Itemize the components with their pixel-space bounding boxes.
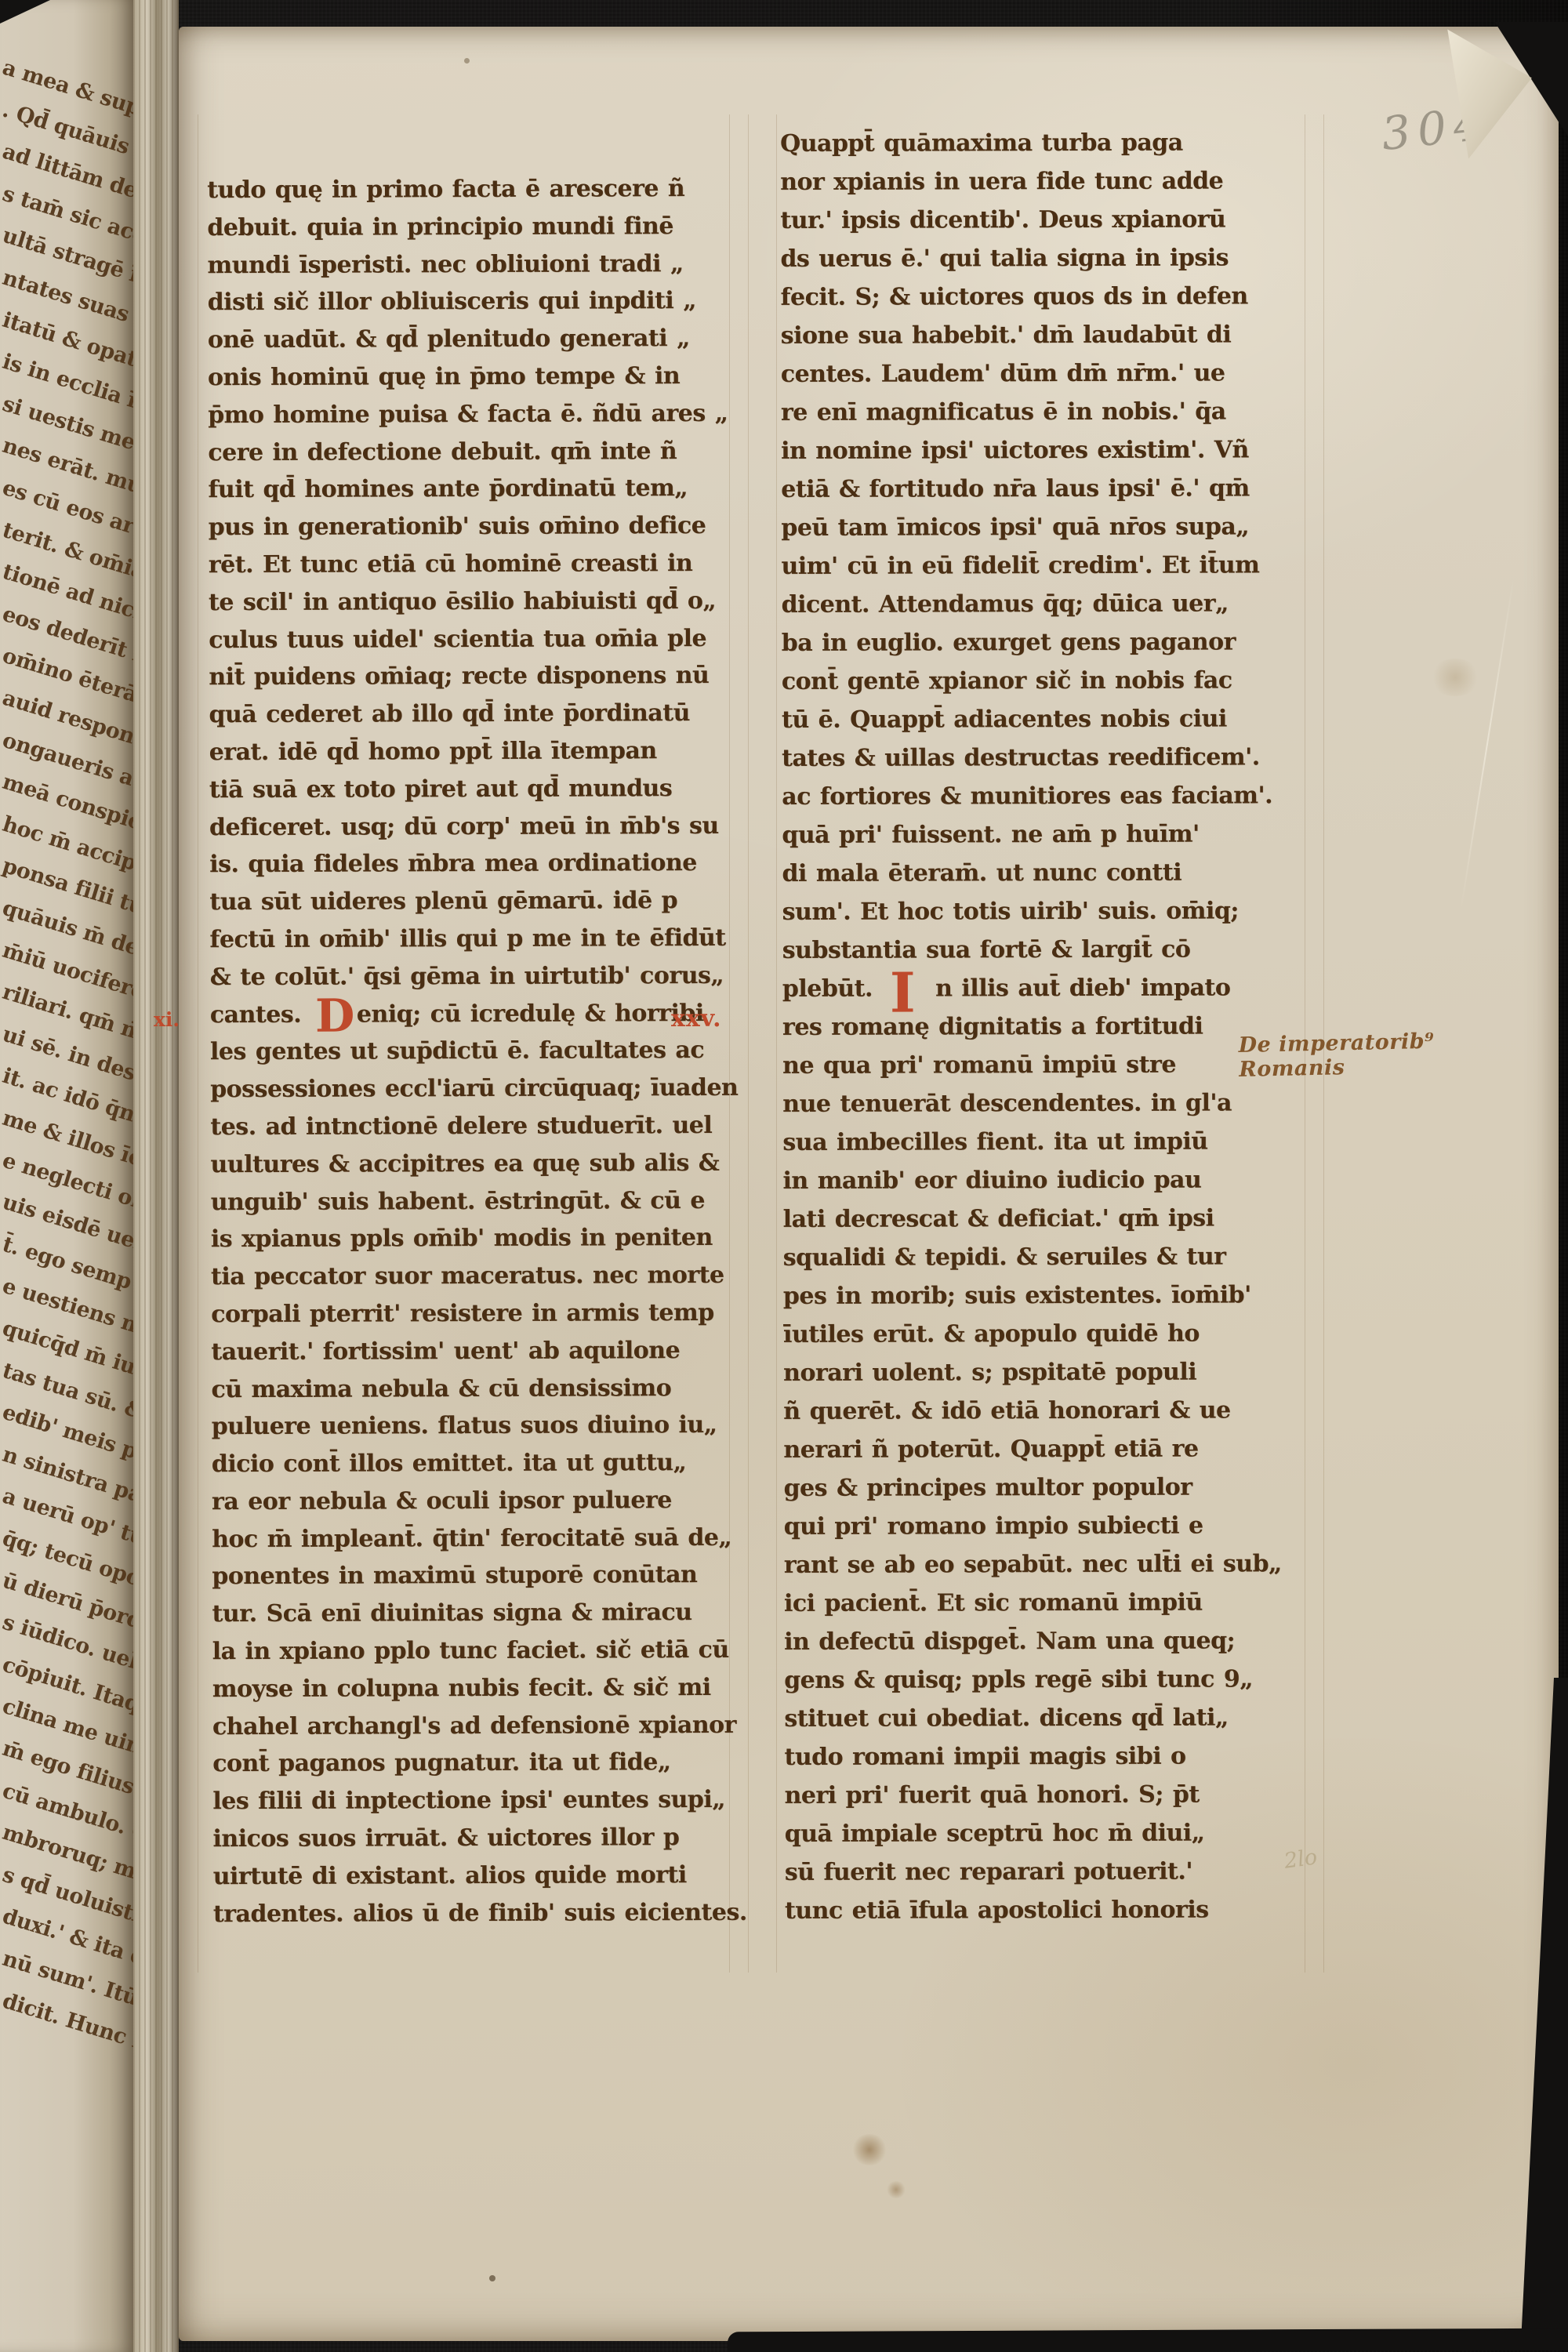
text-line: tudo romani impii magis sibi o bbox=[784, 1737, 1336, 1777]
text-line: nerari ñ poterūt. Quappt̄ etiā re bbox=[783, 1429, 1335, 1469]
text-line: quā impiale sceptrū hoc m̄ diui„ bbox=[785, 1813, 1337, 1853]
text-line: debuit. quia in principio mundi finē bbox=[207, 208, 734, 247]
text-line: uirtutē di existant. alios quide morti bbox=[213, 1857, 740, 1896]
text-line: inicos suos irruāt. & uictores illor p bbox=[212, 1819, 739, 1858]
parchment-stain bbox=[886, 2181, 906, 2198]
text-line: cont̄ gentē xpianor sič in nobis fac bbox=[782, 661, 1334, 701]
text-line: lati decrescat & deficiat.' qm̄ ipsi bbox=[783, 1199, 1335, 1239]
text-line: tur.' ipsis dicentib'. Deus xpianorū bbox=[780, 200, 1332, 240]
text-line: centes. Laudem' dūm dm̄ nr̄m.' ue bbox=[781, 354, 1333, 394]
ruling-line bbox=[198, 114, 198, 1973]
text-line: moyse in colupna nubis fecit. & sič mi bbox=[212, 1669, 739, 1708]
text-line: cere in defectione debuit. qm̄ inte ñ bbox=[208, 432, 735, 471]
text-line: ra eor nebula & oculi ipsor puluere bbox=[212, 1482, 739, 1521]
text-line: & te colūt.' q̄si gēma in uirtutib' coru… bbox=[210, 957, 737, 996]
text-line: rēt. Et tunc etiā cū hominē creasti in bbox=[209, 545, 735, 584]
text-line: ges & principes multor populor bbox=[783, 1468, 1335, 1508]
text-line: p̄mo homine puisa & facta ē. ñdū ares „ bbox=[208, 395, 735, 434]
left-text-column: tudo quę in primo facta ē arescere ñdebu… bbox=[207, 170, 740, 1933]
text-line: ñ querēt. & idō etiā honorari & ue bbox=[783, 1391, 1335, 1431]
text-line: sū fuerit nec reparari potuerit.' bbox=[785, 1852, 1337, 1892]
text-line: in manib' eor diuino iudicio pau bbox=[782, 1160, 1334, 1200]
text-line: pus in generationib' suis om̄ino defice bbox=[209, 507, 735, 546]
pencil-mark: 2lo bbox=[1283, 1845, 1319, 1874]
text-line: dicio cont̄ illos emittet. ita ut guttu„ bbox=[212, 1444, 739, 1483]
text-line: in defectū dispget̄. Nam una queq; bbox=[784, 1621, 1336, 1661]
text-line: tates & uillas destructas reedificem'. bbox=[782, 738, 1334, 778]
ruling-line bbox=[748, 114, 749, 1973]
facing-page-edge: a mea & sup uestē m. Qd̄ quāuis ob certa… bbox=[0, 0, 133, 2352]
text-line: les gentes ut sup̄dictū ē. facultates ac bbox=[210, 1032, 737, 1071]
text-line: unguib' suis habent. ēstringūt. & cū e bbox=[211, 1181, 738, 1221]
text-line: nor xpianis in uera fide tunc adde bbox=[780, 162, 1332, 201]
text-line: uultures & accipitres ea quę sub alis & bbox=[210, 1145, 737, 1184]
text-line: sione sua habebit.' dm̄ laudabūt di bbox=[781, 315, 1333, 355]
text-line: quā pri' fuissent. ne am̄ p huīm' bbox=[782, 815, 1334, 855]
text-line: plebūt. In illis aut̄ dieb' impato bbox=[782, 968, 1334, 1008]
text-line: Quappt̄ quāmaxima turba paga bbox=[780, 123, 1332, 163]
text-line: erat. idē qd̄ homo ppt̄ illa ītempan bbox=[209, 732, 736, 771]
text-line: substantia sua fortē & largit̄ cō bbox=[782, 930, 1334, 970]
parchment-speck bbox=[489, 2275, 495, 2281]
text-line: la in xpiano pplo tunc faciet. sič etiā … bbox=[212, 1632, 739, 1671]
text-line: qui pri' romano impio subiecti e bbox=[784, 1506, 1336, 1546]
book-page-edges bbox=[133, 0, 179, 2352]
text-line: re enī magnificatus ē in nobis.' q̄a bbox=[781, 392, 1333, 432]
text-line: tunc etiā īfula apostolici honoris bbox=[785, 1890, 1337, 1930]
photo-stage: a mea & sup uestē m. Qd̄ quāuis ob certa… bbox=[0, 0, 1568, 2352]
margin-note: De imperatorib⁹ Romanis bbox=[1238, 1027, 1537, 1082]
text-line: etiā & fortitudo nr̄a laus ipsi' ē.' qm̄ bbox=[781, 469, 1333, 509]
text-line: disti sič illor obliuisceris qui inpditi… bbox=[208, 282, 735, 321]
text-line: ds uerus ē.' qui talia signa in ipsis bbox=[780, 238, 1332, 278]
background-edge-bottom bbox=[728, 2328, 1568, 2352]
text-line: tes. ad intnctionē delere studuerīt. uel bbox=[210, 1107, 737, 1146]
text-line: possessiones eccl'iarū circūquaq; īuaden bbox=[210, 1069, 737, 1109]
text-line: neri pri' fuerit quā honori. S; p̄t bbox=[785, 1775, 1337, 1815]
text-line: stituet cui obediat. dicens qd̄ lati„ bbox=[784, 1698, 1336, 1738]
text-line: tradentes. alios ū de finib' suis eicien… bbox=[213, 1893, 740, 1933]
text-line: squalidi & tepidi. & seruiles & tur bbox=[783, 1237, 1335, 1277]
manuscript-page: tudo quę in primo facta ē arescere ñdebu… bbox=[179, 27, 1559, 2341]
text-line: corpali pterrit' resistere in armis temp bbox=[211, 1294, 738, 1334]
text-line: tia peccator suor maceratus. nec morte bbox=[211, 1257, 738, 1296]
text-line: fuit qd̄ homines ante p̄ordinatū tem„ bbox=[208, 470, 735, 509]
text-line: in nomine ipsi' uictores existim'. Vñ bbox=[781, 430, 1333, 470]
ruling-line bbox=[776, 114, 777, 1973]
text-line: puluere ueniens. flatus suos diuino iu„ bbox=[212, 1406, 739, 1446]
text-line: is xpianus ppls om̄ib' modis in peniten bbox=[211, 1219, 738, 1258]
text-line: ba in euglio. exurget gens paganor bbox=[782, 622, 1334, 662]
text-line: fectū in om̄ib' illis qui p me in te ēfi… bbox=[209, 920, 736, 959]
text-line: cont̄ paganos pugnatur. ita ut fide„ bbox=[212, 1744, 739, 1783]
text-line: deficeret. usq; dū corp' meū in m̄b's su bbox=[209, 807, 736, 846]
text-line: nue tenuerāt descendentes. in gl'a bbox=[782, 1083, 1334, 1123]
text-line: īutiles erūt. & apopulo quidē ho bbox=[783, 1314, 1335, 1354]
parchment-crease bbox=[1460, 577, 1514, 910]
text-line: nit̄ puidens om̄iaq; recte disponens nū bbox=[209, 657, 735, 696]
text-line: sua imbecilles fient. ita ut impiū bbox=[782, 1122, 1334, 1162]
text-line: rant se ab eo sepabūt. nec ult̄i ei sub„ bbox=[784, 1544, 1336, 1584]
text-line: tua sūt uideres plenū gēmarū. idē p bbox=[209, 882, 736, 921]
text-line: uim' cū in eū fidelit̄ credim'. Et it̄um bbox=[781, 546, 1333, 586]
text-line: tudo quę in primo facta ē arescere ñ bbox=[207, 170, 734, 209]
text-line: tiā suā ex toto piret aut qd̄ mundus bbox=[209, 770, 736, 809]
text-line: sum'. Et hoc totis uirib' suis. om̄iq; bbox=[782, 891, 1334, 931]
parchment-stain bbox=[1430, 659, 1480, 696]
text-line: cū maxima nebula & cū densissimo bbox=[211, 1369, 738, 1408]
text-line: ponentes in maximū stuporē conūtan bbox=[212, 1556, 739, 1595]
text-line: fecit. S; & uictores quos ds in defen bbox=[780, 277, 1332, 317]
text-line: peū tam īmicos ipsi' quā nr̄os supa„ bbox=[781, 507, 1333, 547]
text-line: mundi īsperisti. nec obliuioni tradi „ bbox=[207, 245, 734, 284]
text-line: onis hominū quę in p̄mo tempe & in bbox=[208, 358, 735, 397]
gutter-chapter-number: xi. bbox=[154, 1008, 180, 1031]
text-line: is. quia fideles m̄bra mea ordinatione bbox=[209, 844, 736, 884]
text-line: onē uadūt. & qd̄ plenitudo generati „ bbox=[208, 320, 735, 359]
text-line: dicent. Attendamus q̄q; dūica uer„ bbox=[782, 584, 1334, 624]
text-line: tū ē. Quappt̄ adiacentes nobis ciui bbox=[782, 699, 1334, 739]
chapter-number-rubric: xxv. bbox=[671, 1005, 722, 1033]
text-line: culus tuus uidel' scientia tua om̄ia ple bbox=[209, 619, 735, 659]
text-line: quā cederet ab illo qd̄ inte p̄ordinatū bbox=[209, 695, 735, 734]
text-line: cantes. Deniq; cū icredulę & horribi bbox=[210, 994, 737, 1033]
parchment-speck bbox=[464, 58, 470, 64]
text-line: norari uolent. s; pspitatē populi bbox=[783, 1352, 1335, 1392]
right-text-column: Quappt̄ quāmaxima turba paganor xpianis … bbox=[780, 123, 1337, 1930]
text-line: ici pacient̄. Et sic romanū impiū bbox=[784, 1583, 1336, 1623]
text-line: chahel archangl's ad defensionē xpianor bbox=[212, 1706, 739, 1745]
text-line: tauerit.' fortissim' uent' ab aquilone bbox=[211, 1332, 738, 1371]
text-line: ac fortiores & munitiores eas faciam'. bbox=[782, 776, 1334, 816]
text-line: gens & quisq; ppls regē sibi tunc 9„ bbox=[784, 1660, 1336, 1700]
text-line: hoc m̄ impleant̄. q̄tin' ferocitatē suā … bbox=[212, 1519, 739, 1559]
text-line: pes in morib; suis existentes. īom̄ib' bbox=[783, 1276, 1335, 1316]
text-line: di mala ēteram̄. ut nunc contti bbox=[782, 853, 1334, 893]
parchment-stain bbox=[851, 2134, 887, 2165]
text-line: te scil' in antiquo ēsilio habiuisti qd̄… bbox=[209, 583, 735, 622]
text-line: les filii di inptectione ipsi' euntes su… bbox=[212, 1781, 739, 1820]
text-line: tur. Scā enī diuinitas signa & miracu bbox=[212, 1594, 739, 1633]
